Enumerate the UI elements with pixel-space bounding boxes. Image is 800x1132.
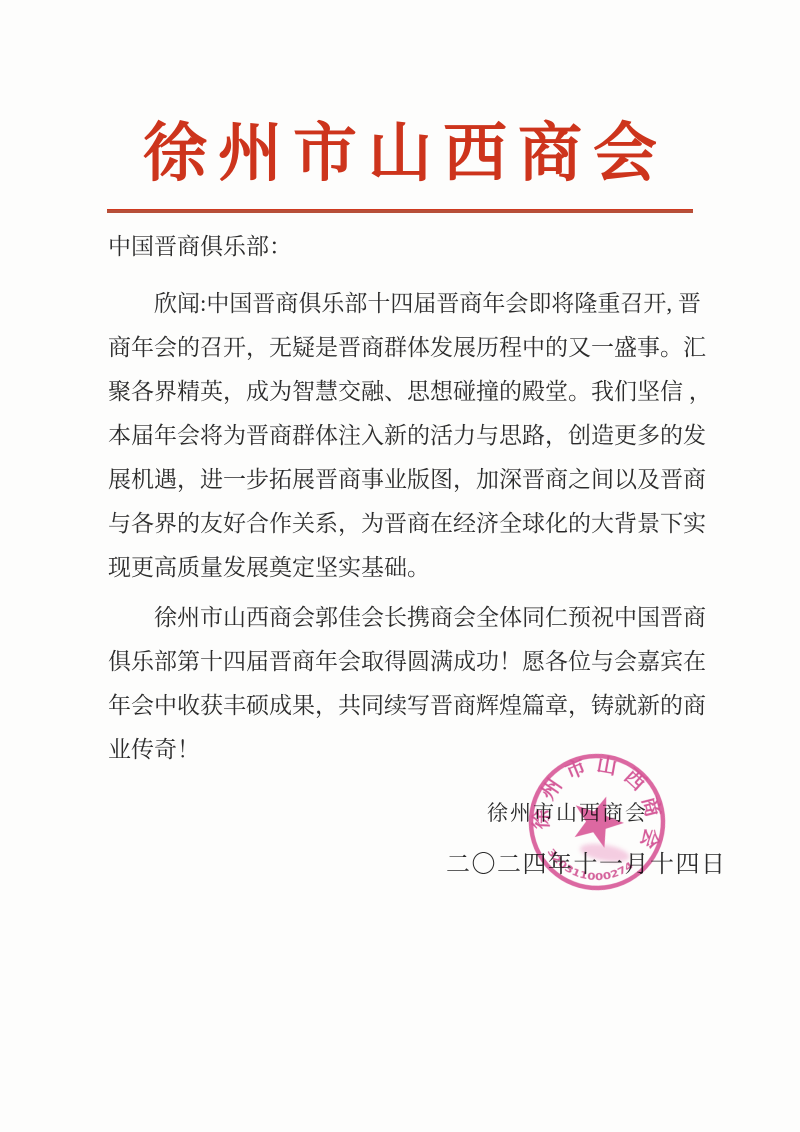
body-line: 徐州市山西商会郭佳会长携商会全体同仁预祝中国晋商	[108, 596, 693, 640]
letterhead-rule	[107, 209, 693, 213]
body-line: 聚各界精英，成为智慧交融、思想碰撞的殿堂。我们坚信 ，	[108, 370, 693, 414]
body-line: 现更高质量发展奠定坚实基础。	[108, 546, 693, 590]
body-line: 展机遇，进一步拓展晋商事业版图，加深晋商之间以及晋商	[108, 458, 693, 502]
body-line: 年会中收获丰硕成果，共同续写晋商辉煌篇章，铸就新的商	[108, 684, 693, 728]
seal-star-icon	[569, 792, 628, 851]
body-line: 本届年会将为晋商群体注入新的活力与思路，创造更多的发	[108, 414, 693, 458]
body-line: 俱乐部第十四届晋商年会取得圆满成功！愿各位与会嘉宾在	[108, 640, 693, 684]
official-seal: 徐州市山西商会 320311000274	[522, 747, 672, 897]
body-line: 欣闻:中国晋商俱乐部十四届晋商年会即将隆重召开, 晋	[108, 282, 693, 326]
body-line: 与各界的友好合作关系，为晋商在经济全球化的大背景下实	[108, 502, 693, 546]
letter-body: 欣闻:中国晋商俱乐部十四届晋商年会即将隆重召开, 晋商年会的召开，无疑是晋商群体…	[108, 282, 693, 772]
letterhead-org-title: 徐州市山西商会	[0, 112, 800, 196]
body-line: 商年会的召开，无疑是晋商群体发展历程中的又一盛事。汇	[108, 326, 693, 370]
salutation: 中国晋商俱乐部：	[108, 232, 292, 262]
seal-microtext-smudge	[579, 841, 631, 865]
letter-page: 徐州市山西商会 中国晋商俱乐部： 欣闻:中国晋商俱乐部十四届晋商年会即将隆重召开…	[0, 0, 800, 1132]
